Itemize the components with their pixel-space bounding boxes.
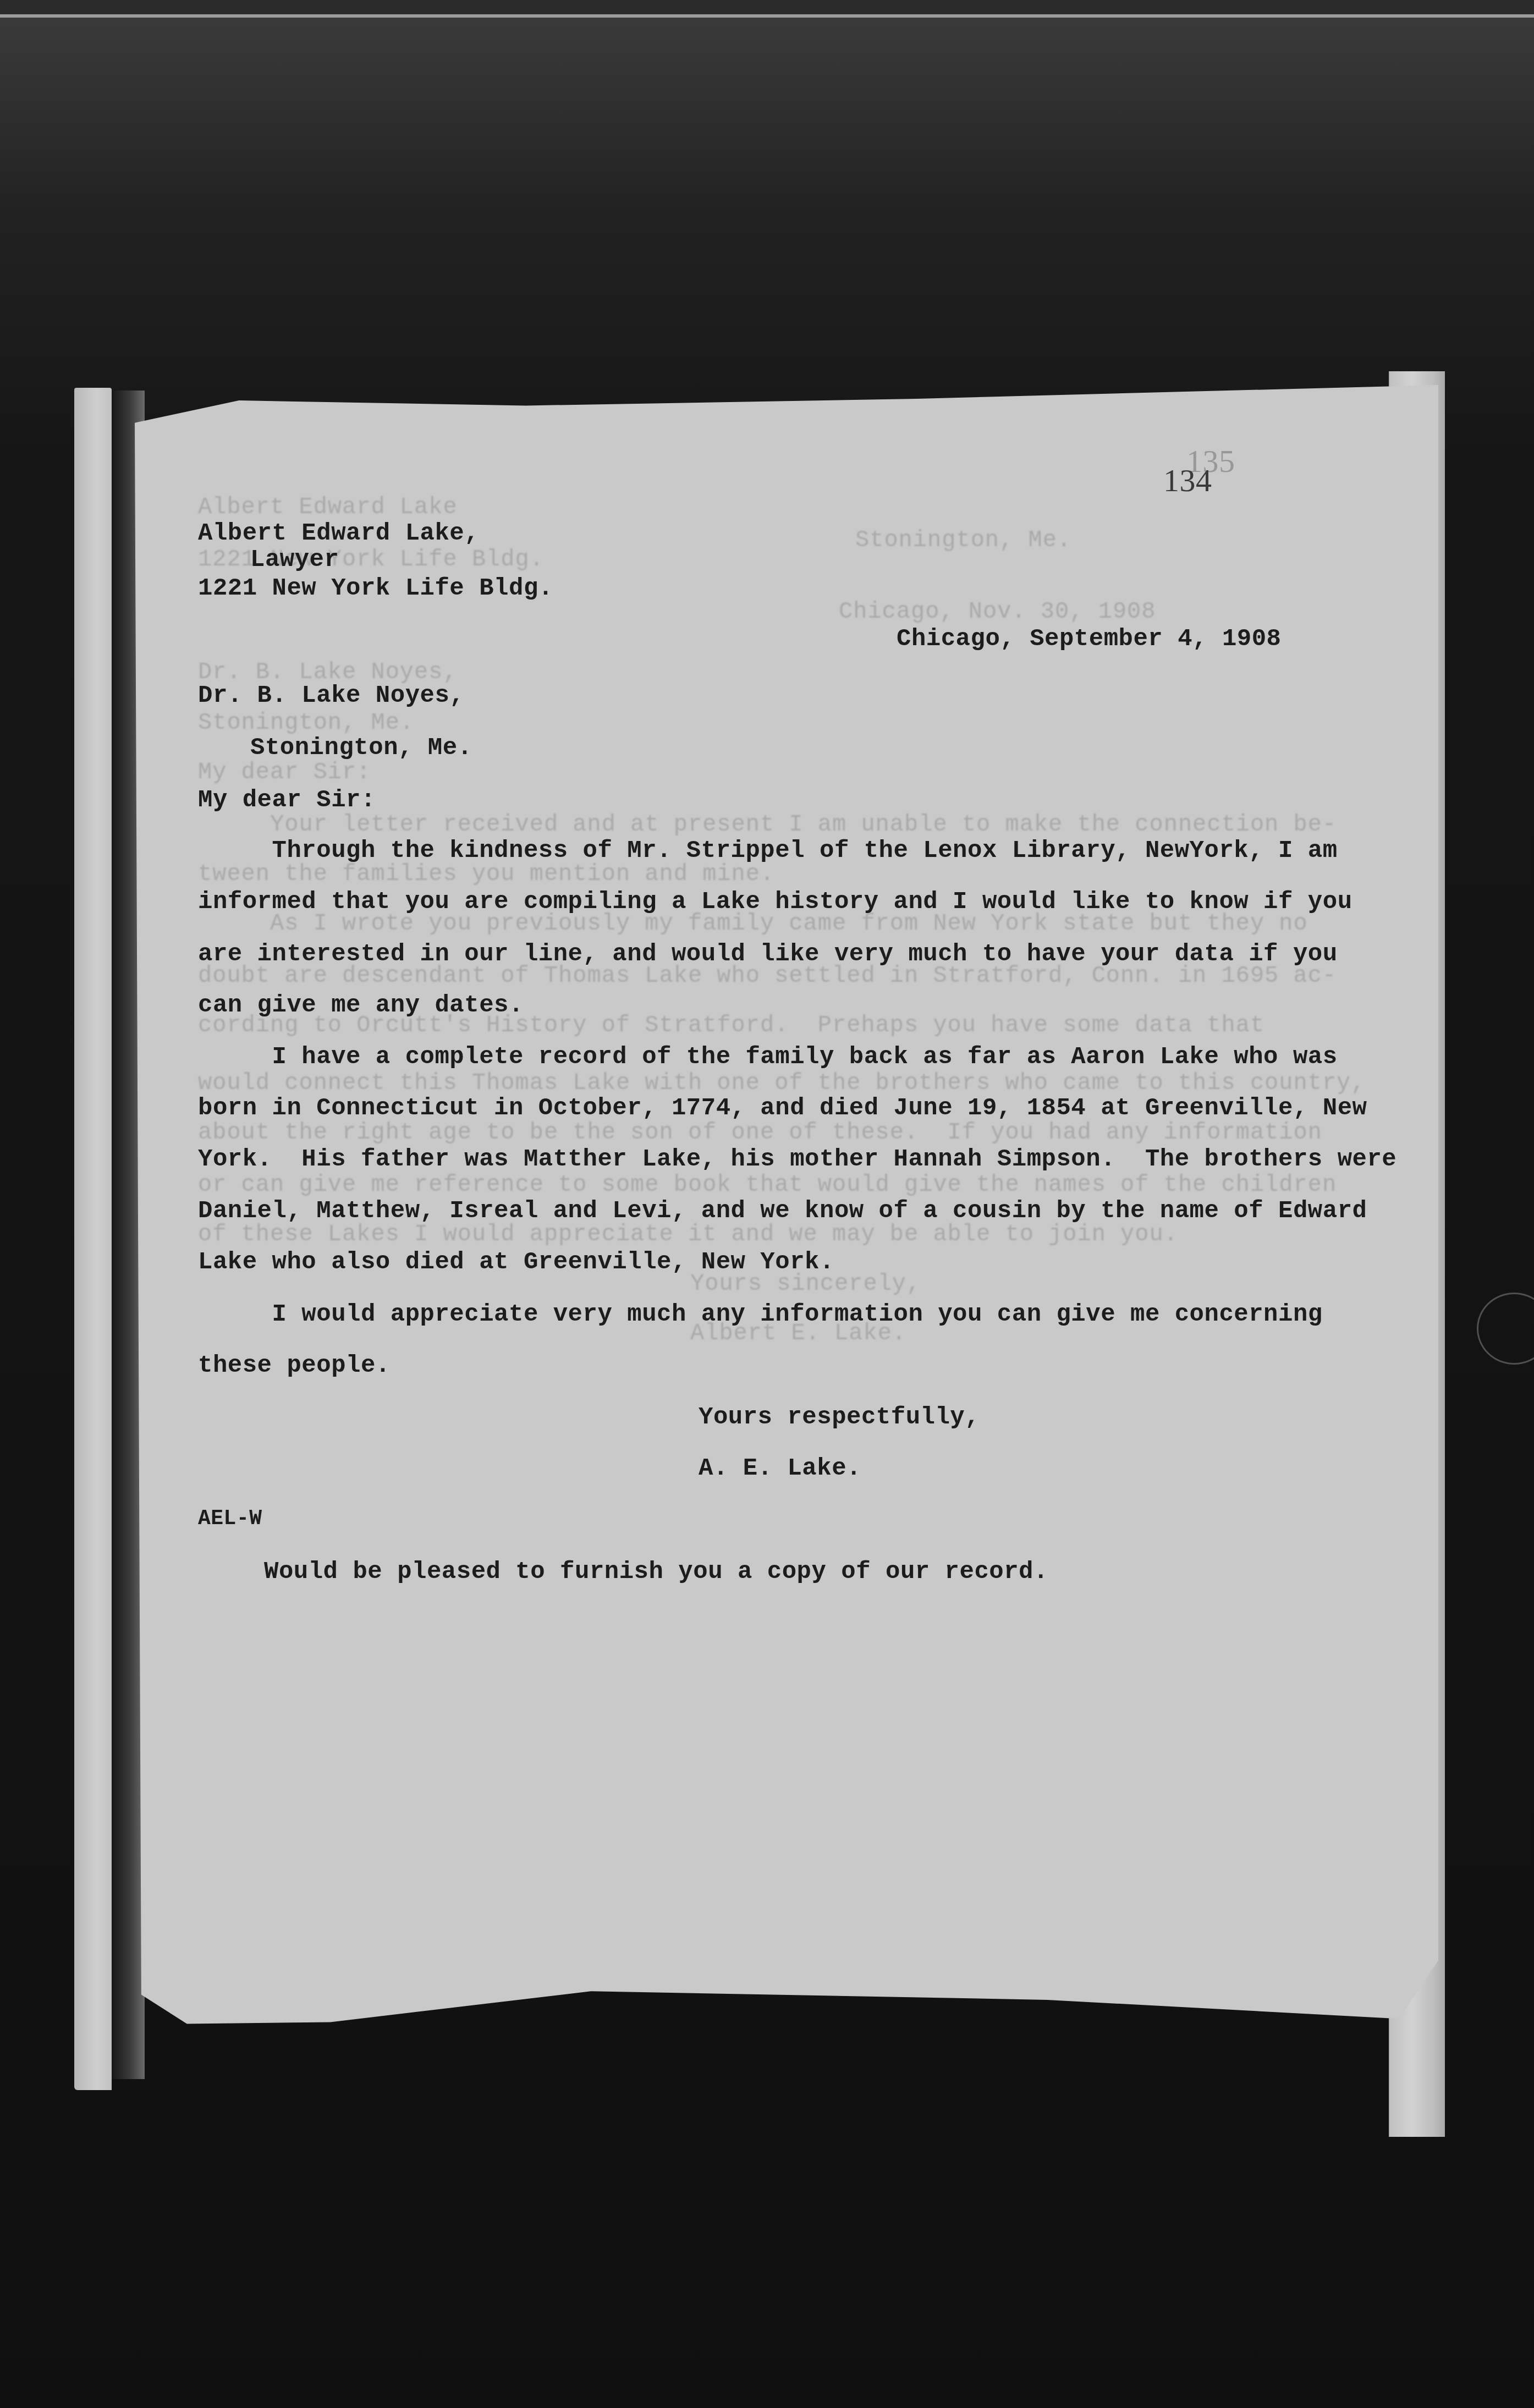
left-page-edge xyxy=(74,388,112,2090)
recipient-name: Dr. B. Lake Noyes, xyxy=(198,682,464,710)
body-line: Through the kindness of Mr. Strippel of … xyxy=(198,837,1338,865)
body-line: born in Connecticut in October, 1774, an… xyxy=(198,1095,1367,1122)
ghost-recipient-name: Dr. B. Lake Noyes, xyxy=(198,659,458,685)
ghost-recipient-location: Stonington, Me. xyxy=(198,710,414,736)
body-line: I would appreciate very much any informa… xyxy=(198,1301,1323,1328)
ghost-line: or can give me reference to some book th… xyxy=(198,1172,1337,1198)
ghost-salutation: My dear Sir: xyxy=(198,759,371,785)
letterhead-name: Albert Edward Lake, xyxy=(198,520,479,547)
ghost-line: of these Lakes I would appreciate it and… xyxy=(198,1221,1178,1247)
salutation: My dear Sir: xyxy=(198,787,376,814)
ghost-line: Your letter received and at present I am… xyxy=(198,811,1337,838)
letterhead-title: Lawyer xyxy=(250,546,339,574)
microfilm-frame-edge xyxy=(0,0,1534,18)
ghost-letterhead-name: Albert Edward Lake xyxy=(198,494,458,520)
letterhead-address: 1221 New York Life Bldg. xyxy=(198,575,553,602)
ghost-line: about the right age to be the son of one… xyxy=(198,1119,1322,1146)
signature: A. E. Lake. xyxy=(699,1455,861,1482)
reference-initials: AEL-W xyxy=(198,1507,262,1531)
recipient-location: Stonington, Me. xyxy=(250,734,472,762)
body-line: York. His father was Matther Lake, his m… xyxy=(198,1146,1396,1173)
body-line: Daniel, Matthew, Isreal and Levi, and we… xyxy=(198,1197,1367,1225)
body-line: informed that you are compiling a Lake h… xyxy=(198,888,1352,916)
ghost-place: Stonington, Me. xyxy=(855,527,1071,553)
ghost-line: would connect this Thomas Lake with one … xyxy=(198,1070,1366,1096)
body-line: I have a complete record of the family b… xyxy=(198,1043,1338,1071)
ghost-line: tween the families you mention and mine. xyxy=(198,861,774,887)
body-line: Lake who also died at Greenville, New Yo… xyxy=(198,1249,834,1276)
postscript: Would be pleased to furnish you a copy o… xyxy=(264,1558,1048,1586)
body-line: can give me any dates. xyxy=(198,992,524,1019)
closing: Yours respectfully, xyxy=(699,1404,980,1431)
page-number: 134 xyxy=(1163,462,1212,499)
letter-page: Albert Edward Lake 1221 New York Life Bl… xyxy=(135,385,1438,2101)
body-line: these people. xyxy=(198,1352,391,1379)
date-line: Chicago, September 4, 1908 xyxy=(897,625,1282,653)
ghost-date: Chicago, Nov. 30, 1908 xyxy=(839,598,1156,625)
body-line: are interested in our line, and would li… xyxy=(198,941,1338,968)
